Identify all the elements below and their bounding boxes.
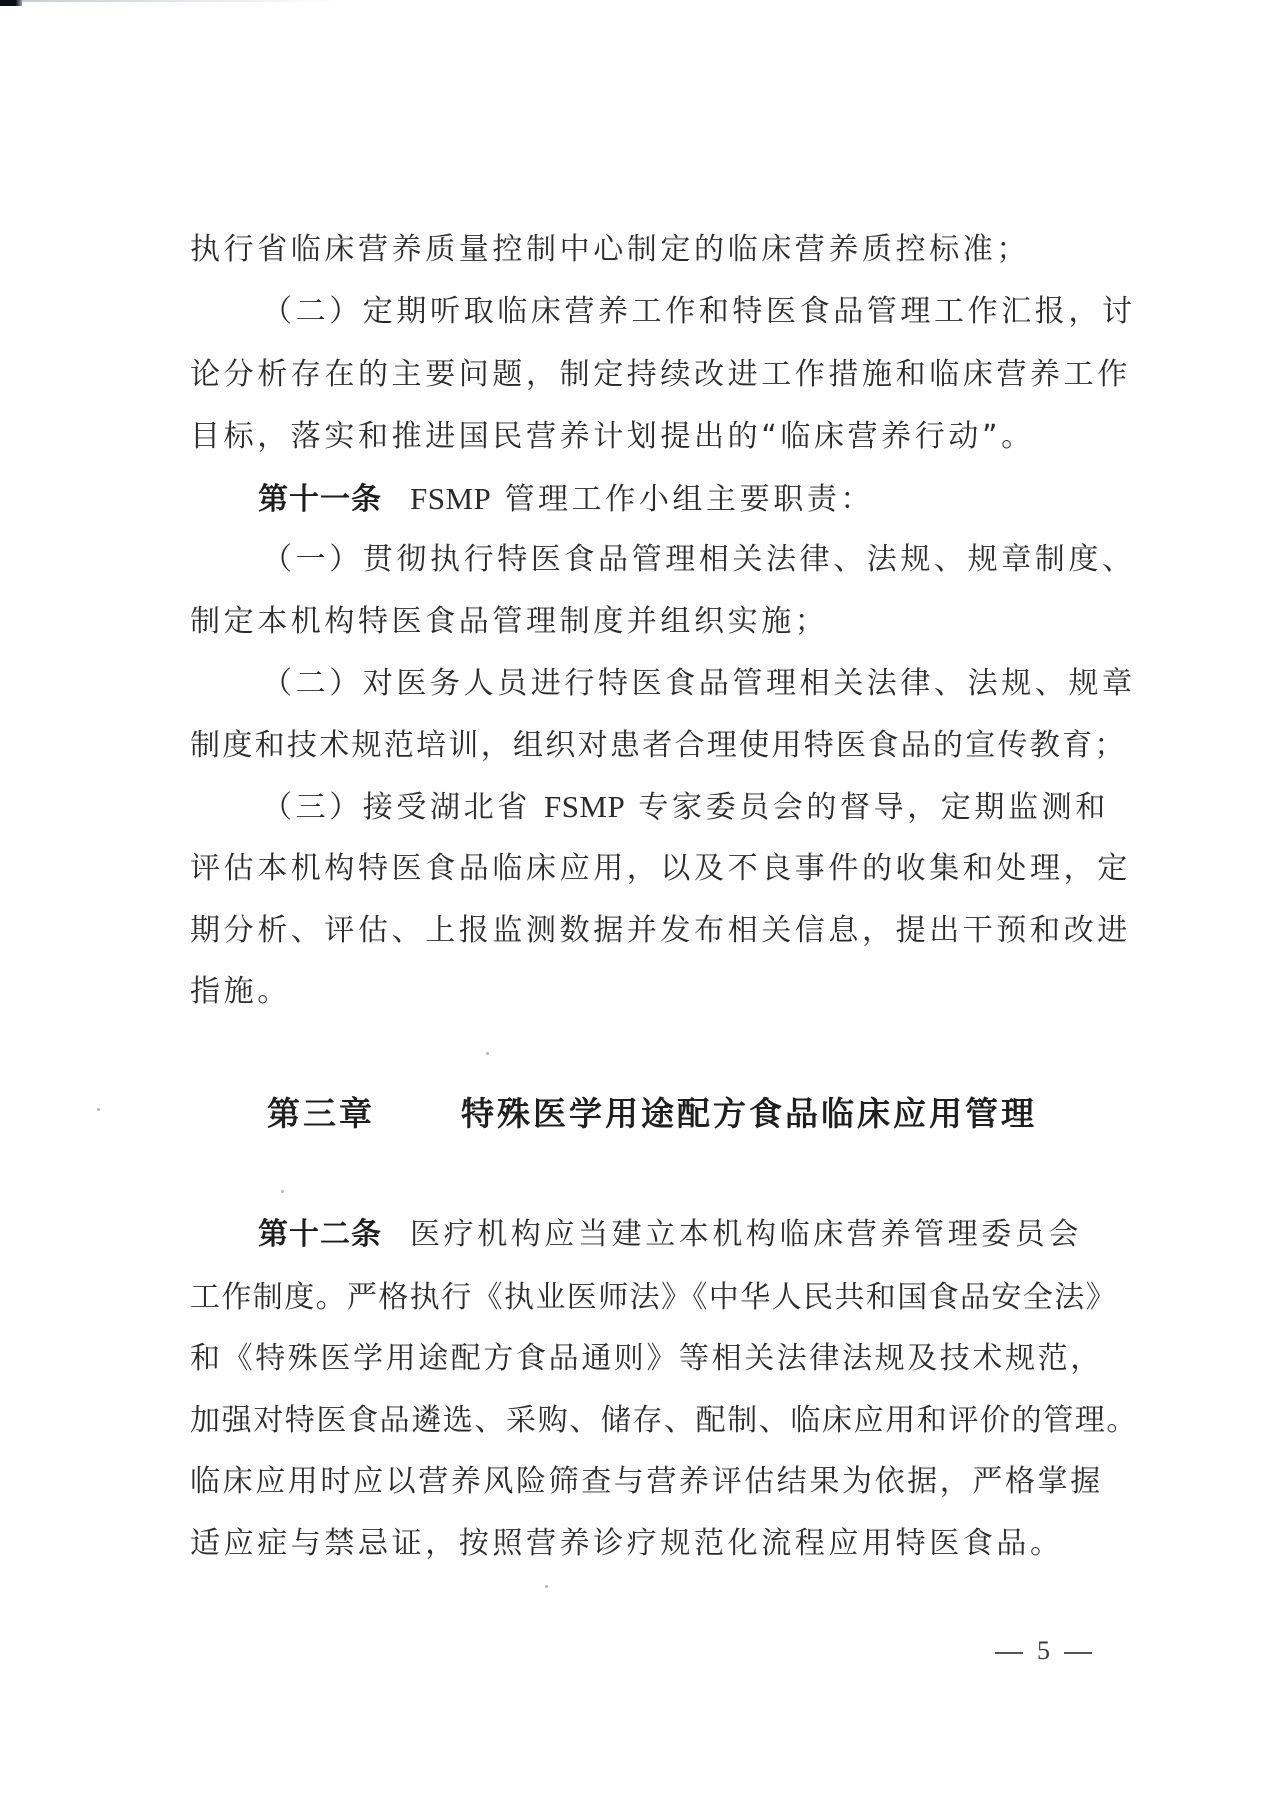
paragraph-line: 评估本机构特医食品临床应用，以及不良事件的收集和处理，定: [190, 849, 1131, 889]
paragraph-line: 加强对特医食品遴选、采购、储存、配制、临床应用和评价的管理。: [190, 1401, 1138, 1441]
paragraph-line: 指施。: [190, 972, 291, 1012]
paragraph-line: 临床应用时应以营养风险筛查与营养评估结果为依据，严格掌握: [190, 1462, 1103, 1502]
article-label: 第十二条: [258, 1217, 382, 1252]
paragraph-line: 目标，落实和推进国民营养计划提出的“临床营养行动”。: [190, 417, 1035, 457]
article-first-line: 医疗机构应当建立本机构临床营养管理委员会: [410, 1217, 1082, 1252]
dash-right: [1064, 1652, 1092, 1654]
article-12-heading: 第十二条医疗机构应当建立本机构临床营养管理委员会: [258, 1215, 1082, 1255]
page-number: 5: [995, 1636, 1092, 1666]
paragraph-line: 制定本机构特医食品管理制度并组织实施；: [190, 602, 828, 642]
acronym-fsmp: FSMP: [410, 481, 491, 516]
dash-left: [995, 1652, 1023, 1654]
paragraph-line: （一）贯彻执行特医食品管理相关法律、法规、规章制度、: [262, 540, 1136, 580]
chapter-title: 特殊医学用途配方食品临床应用管理: [461, 1094, 1037, 1133]
paragraph-line: （三）接受湖北省 FSMP 专家委员会的督导，定期监测和: [262, 787, 1109, 827]
page-number-value: 5: [1037, 1636, 1050, 1665]
scan-speck: [97, 1108, 100, 1111]
scan-artifact: [0, 0, 22, 6]
article-11-heading: 第十一条FSMP 管理工作小组主要职责：: [258, 479, 874, 519]
article-label: 第十一条: [258, 482, 382, 517]
paragraph-line: 适应症与禁忌证，按照营养诊疗规范化流程应用特医食品。: [190, 1524, 1064, 1564]
paragraph-line: （二）对医务人员进行特医食品管理相关法律、法规、规章: [262, 664, 1136, 704]
paragraph-line: 执行省临床营养质量控制中心制定的临床营养质控标准；: [190, 230, 1030, 270]
paragraph-line: 制度和技术规范培训，组织对患者合理使用特医食品的宣传教育；: [190, 726, 1127, 766]
chapter-number: 第三章: [267, 1092, 461, 1136]
acronym-fsmp: FSMP: [544, 789, 625, 824]
paragraph-line: 期分析、评估、上报监测数据并发布相关信息，提出干预和改进: [190, 911, 1131, 951]
scan-speck: [281, 1190, 284, 1193]
chapter-heading: 第三章特殊医学用途配方食品临床应用管理: [267, 1092, 1037, 1136]
scan-speck: [545, 1585, 548, 1588]
article-lead-text: 管理工作小组主要职责：: [504, 482, 874, 517]
text-segment: （三）接受湖北省: [262, 790, 531, 825]
text-segment: 专家委员会的督导，定期监测和: [638, 790, 1108, 825]
paragraph-line: 工作制度。严格执行《执业医师法》《中华人民共和国食品安全法》: [190, 1278, 1117, 1318]
scan-speck: [486, 1052, 489, 1055]
paragraph-line: （二）定期听取临床营养工作和特医食品管理工作汇报，讨: [262, 292, 1136, 332]
scan-edge-line: [22, 0, 342, 2]
paragraph-line: 和《特殊医学用途配方食品通则》等相关法律法规及技术规范，: [190, 1339, 1103, 1379]
paragraph-line: 论分析存在的主要问题，制定持续改进工作措施和临床营养工作: [190, 355, 1131, 395]
